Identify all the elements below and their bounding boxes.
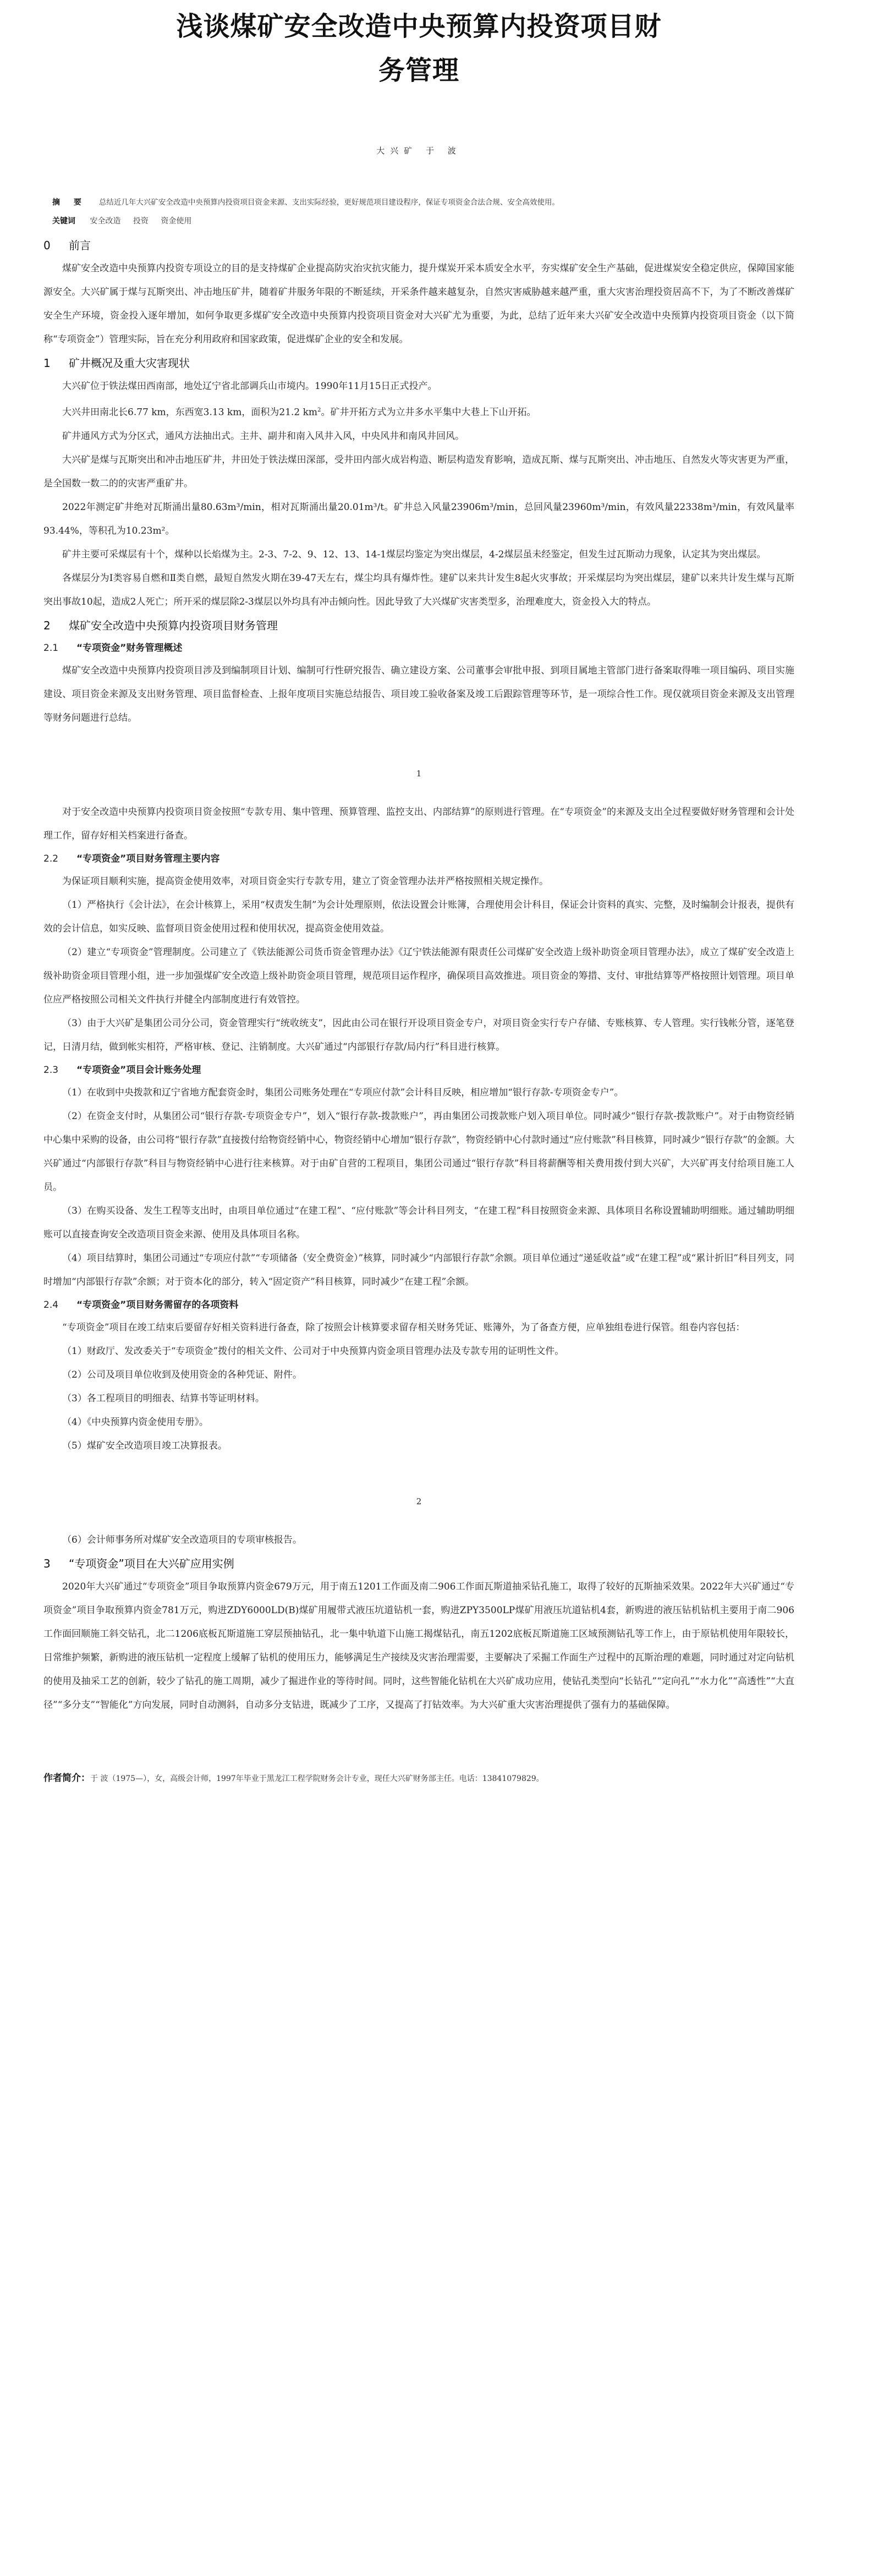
paragraph: （1）在收到中央拨款和辽宁省地方配套资金时，集团公司账务处理在“专项应付款”会计… (43, 1081, 794, 1105)
abstract-label: 摘 要 (52, 198, 87, 207)
paragraph-text: 大兴井田南北长6.77 km，东西宽3.13 km，面积为21.2 km (62, 407, 317, 418)
paragraph: 大兴井田南北长6.77 km，东西宽3.13 km，面积为21.2 km2。矿井… (43, 398, 794, 425)
subsection-heading-2-2: 2.2“专项资金”项目财务管理主要内容 (43, 848, 794, 870)
paragraph: 矿井通风方式为分区式，通风方法抽出式。主井、副井和南入风井入风，中央风井和南风井… (43, 425, 794, 448)
author-bio-text: 于 波（1975—），女，高级会计师，1997年毕业于黑龙江工程学院财务会计专业… (90, 1774, 544, 1783)
paragraph: 矿井主要可采煤层有十个，煤种以长焰煤为主。2-3、7-2、9、12、13、14-… (43, 543, 794, 567)
subsection-heading-2-4: 2.4“专项资金”项目财务需留存的各项资料 (43, 1294, 794, 1316)
subsection-number: 2.3 (43, 1059, 76, 1081)
section-heading-1: 1矿井概况及重大灾害现状 (43, 352, 794, 375)
section-number: 1 (43, 352, 69, 375)
paragraph: 大兴矿位于铁法煤田西南部，地处辽宁省北部调兵山市境内。1990年11月15日正式… (43, 375, 794, 398)
list-item: （4）《中央预算内资金使用专册》。 (43, 1411, 794, 1434)
abstract-text: 总结近几年大兴矿安全改造中央预算内投资项目资金来源、支出实际经验，更好规范项目建… (99, 198, 559, 207)
section-heading-2: 2煤矿安全改造中央预算内投资项目财务管理 (43, 614, 794, 637)
paragraph: “专项资金”项目在竣工结束后要留存好相关资料进行备查，除了按照会计核算要求留存相… (43, 1316, 794, 1340)
paragraph: 大兴矿是煤与瓦斯突出和冲击地压矿井，井田处于铁法煤田深部，受井田内部火成岩构造、… (43, 448, 794, 496)
list-item: （6）会计师事务所对煤矿安全改造项目的专项审核报告。 (43, 1528, 794, 1552)
paragraph: （4）项目结算时，集团公司通过“专项应付款”“专项储备（安全费资金）”核算，同时… (43, 1247, 794, 1294)
paragraph: 2022年测定矿井绝对瓦斯涌出量80.63m³/min，相对瓦斯涌出量20.01… (43, 496, 794, 543)
paragraph: （2）在资金支付时，从集团公司“银行存款-专项资金专户”，划入“银行存款-拨款账… (43, 1105, 794, 1199)
section-number: 0 (43, 234, 69, 257)
paragraph: （3）由于大兴矿是集团公司分公司，资金管理实行“统收统支”，因此由公司在银行开设… (43, 1012, 794, 1059)
keyword: 安全改造 (90, 217, 120, 226)
paper-title: 浅谈煤矿安全改造中央预算内投资项目财 务管理 (43, 0, 794, 92)
paragraph: 2020年大兴矿通过“专项资金”项目争取预算内资金679万元，用于南五1201工… (43, 1575, 794, 1717)
author-line: 大兴矿 于 波 (43, 145, 794, 156)
paragraph: （3）在购买设备、发生工程等支出时，由项目单位通过“在建工程”、“应付账款”等会… (43, 1199, 794, 1247)
list-item: （5）煤矿安全改造项目竣工决算报表。 (43, 1434, 794, 1458)
subsection-title: “专项资金”项目会计账务处理 (76, 1065, 201, 1076)
document-page: 浅谈煤矿安全改造中央预算内投资项目财 务管理 大兴矿 于 波 摘 要总结近几年大… (0, 0, 873, 1791)
keywords-label: 关键词 (52, 217, 75, 226)
section-title: 前言 (69, 239, 91, 252)
author-bio: 作者简介：于 波（1975—），女，高级会计师，1997年毕业于黑龙江工程学院财… (43, 1767, 794, 1791)
list-item: （3）各工程项目的明细表、结算书等证明材料。 (43, 1387, 794, 1411)
paragraph: 煤矿安全改造中央预算内投资专项设立的目的是支持煤矿企业提高防灾治灾抗灾能力，提升… (43, 257, 794, 352)
subsection-title: “专项资金”财务管理概述 (76, 643, 182, 654)
section-number: 2 (43, 614, 69, 637)
section-title: 矿井概况及重大灾害现状 (69, 357, 190, 370)
paragraph: 煤矿安全改造中央预算内投资项目涉及到编制项目计划、编制可行性研究报告、确立建设方… (43, 659, 794, 730)
paragraph: 各煤层分为Ⅰ类容易自燃和Ⅱ类自燃，最短自然发火期在39-47天左右，煤尘均具有爆… (43, 567, 794, 614)
keywords: 关键词 安全改造 投资 资金使用 (43, 213, 794, 229)
list-item: （1）财政厅、发改委关于“专项资金”拨付的相关文件、公司对于中央预算内资金项目管… (43, 1340, 794, 1363)
keyword: 资金使用 (161, 217, 191, 226)
paper-title-line2: 务管理 (378, 55, 459, 86)
subsection-heading-2-3: 2.3“专项资金”项目会计账务处理 (43, 1059, 794, 1081)
paragraph: 为保证项目顺利实施，提高资金使用效率，对项目资金实行专款专用，建立了资金管理办法… (43, 870, 794, 894)
subsection-number: 2.4 (43, 1294, 76, 1316)
section-title: 煤矿安全改造中央预算内投资项目财务管理 (69, 619, 278, 632)
paragraph-text: 。矿井开拓方式为立井多水平集中大巷上下山开拓。 (321, 407, 536, 418)
abstract: 摘 要总结近几年大兴矿安全改造中央预算内投资项目资金来源、支出实际经验，更好规范… (43, 192, 794, 213)
list-item: （2）公司及项目单位收到及使用资金的各种凭证、附件。 (43, 1363, 794, 1387)
subsection-heading-2-1: 2.1“专项资金”财务管理概述 (43, 637, 794, 659)
subsection-title: “专项资金”项目财务管理主要内容 (76, 853, 219, 864)
keyword: 投资 (133, 217, 149, 226)
page-number: 2 (43, 1497, 794, 1506)
author-bio-label: 作者简介： (43, 1773, 90, 1784)
subsection-number: 2.2 (43, 848, 76, 870)
subsection-title: “专项资金”项目财务需留存的各项资料 (76, 1300, 238, 1311)
subsection-number: 2.1 (43, 637, 76, 659)
paragraph: 对于安全改造中央预算内投资项目资金按照“专款专用、集中管理、预算管理、监控支出、… (43, 801, 794, 848)
section-heading-3: 3“专项资金”项目在大兴矿应用实例 (43, 1552, 794, 1575)
section-number: 3 (43, 1552, 69, 1575)
paper-title-line1: 浅谈煤矿安全改造中央预算内投资项目财 (176, 11, 661, 42)
paragraph: （1）严格执行《会计法》，在会计核算上，采用“权责发生制”为会计处理原则，依法设… (43, 894, 794, 941)
section-title: “专项资金”项目在大兴矿应用实例 (69, 1557, 234, 1570)
page-number: 1 (43, 769, 794, 779)
paragraph: （2）建立“专项资金”管理制度。公司建立了《铁法能源公司货币资金管理办法》《辽宁… (43, 941, 794, 1012)
document-body: 浅谈煤矿安全改造中央预算内投资项目财 务管理 大兴矿 于 波 摘 要总结近几年大… (0, 0, 873, 1791)
section-heading-0: 0前言 (43, 234, 794, 257)
